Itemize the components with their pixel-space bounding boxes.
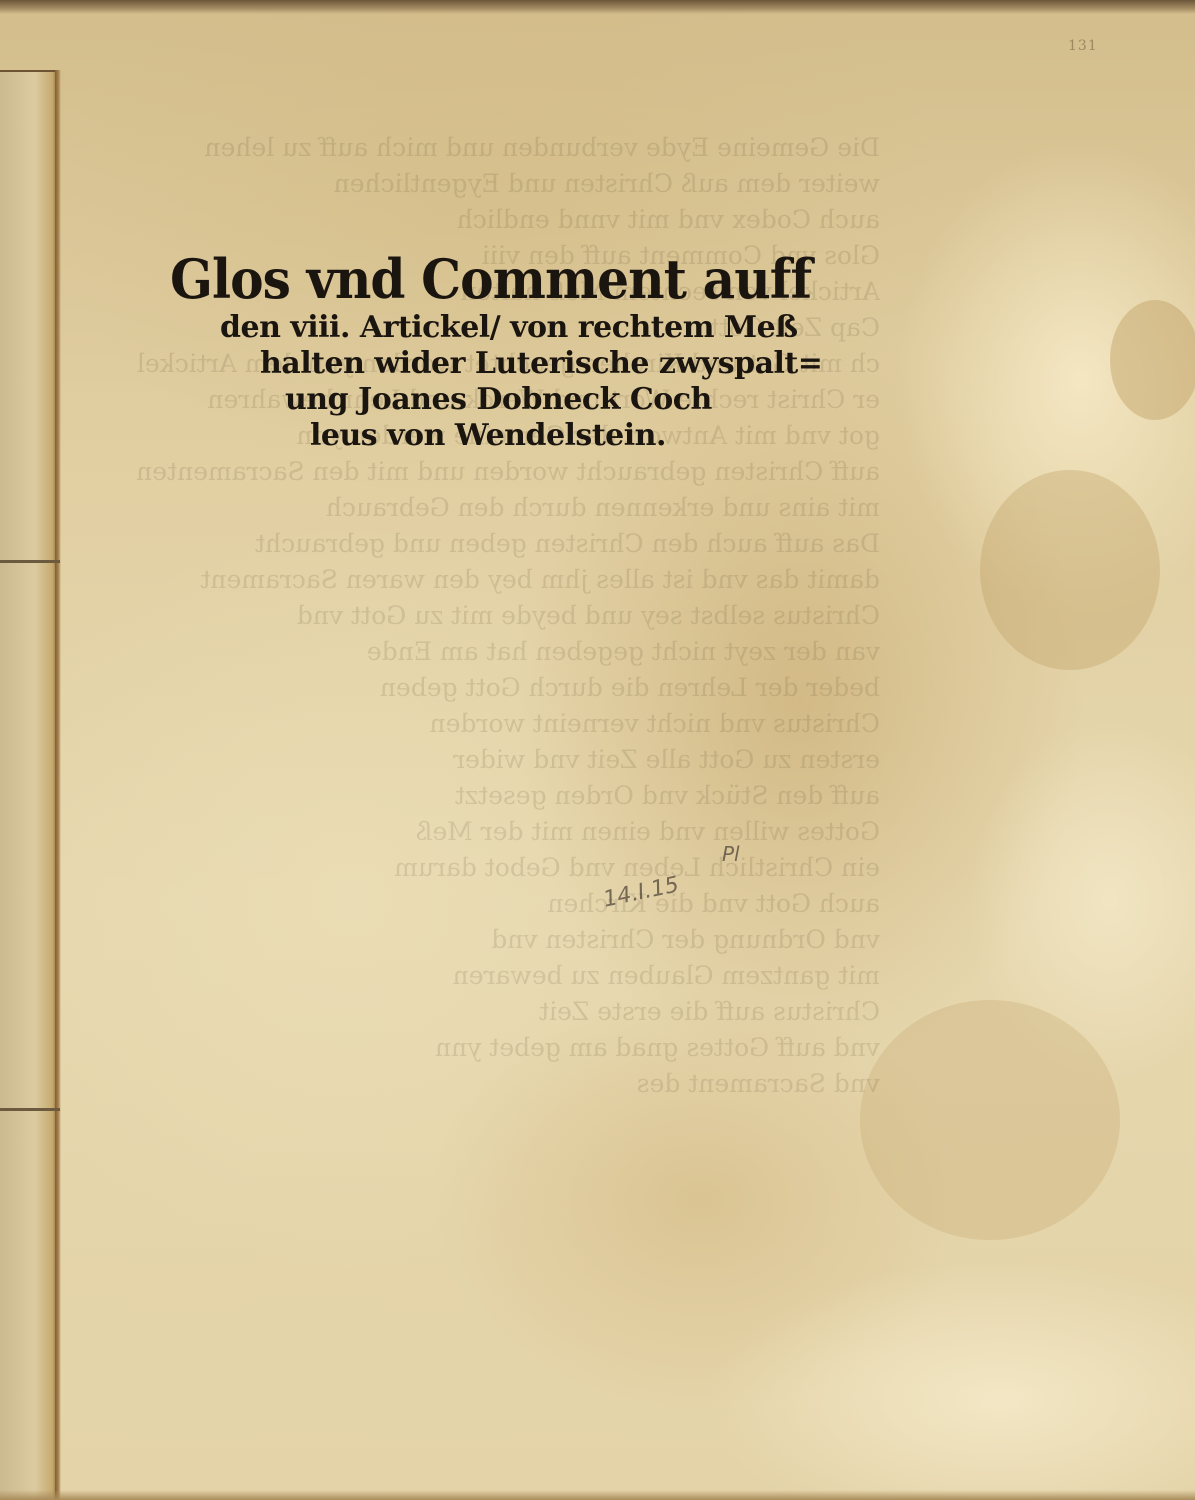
- title-line-5: leus von Wendelstein.: [170, 418, 830, 454]
- title-line-2: den viii. Artickel/ von rechtem Meß: [170, 310, 830, 346]
- title-line-3: halten wider Luterische zwyspalt=: [170, 346, 830, 382]
- title-line-1: Glos vnd Comment auff: [170, 248, 784, 310]
- binding-tear: [0, 1108, 60, 1111]
- pencil-annotation-initials: Pl: [722, 842, 740, 866]
- binding-crease: [55, 70, 61, 1500]
- page-bottom-edge: [0, 1490, 1195, 1500]
- title-block: Glos vnd Comment auff den viii. Artickel…: [170, 248, 830, 454]
- scanned-page: 131 Die Gemeine Eyde verbunden und mich …: [0, 0, 1195, 1500]
- binding-tear: [0, 560, 60, 563]
- title-line-4: ung Joanes Dobneck Coch: [170, 382, 830, 418]
- page-top-edge: [0, 0, 1195, 14]
- binding-strip: [0, 70, 58, 1500]
- water-stain: [980, 470, 1160, 670]
- water-stain: [860, 1000, 1120, 1240]
- folio-mark: 131: [1068, 38, 1098, 54]
- water-stain: [1110, 300, 1195, 420]
